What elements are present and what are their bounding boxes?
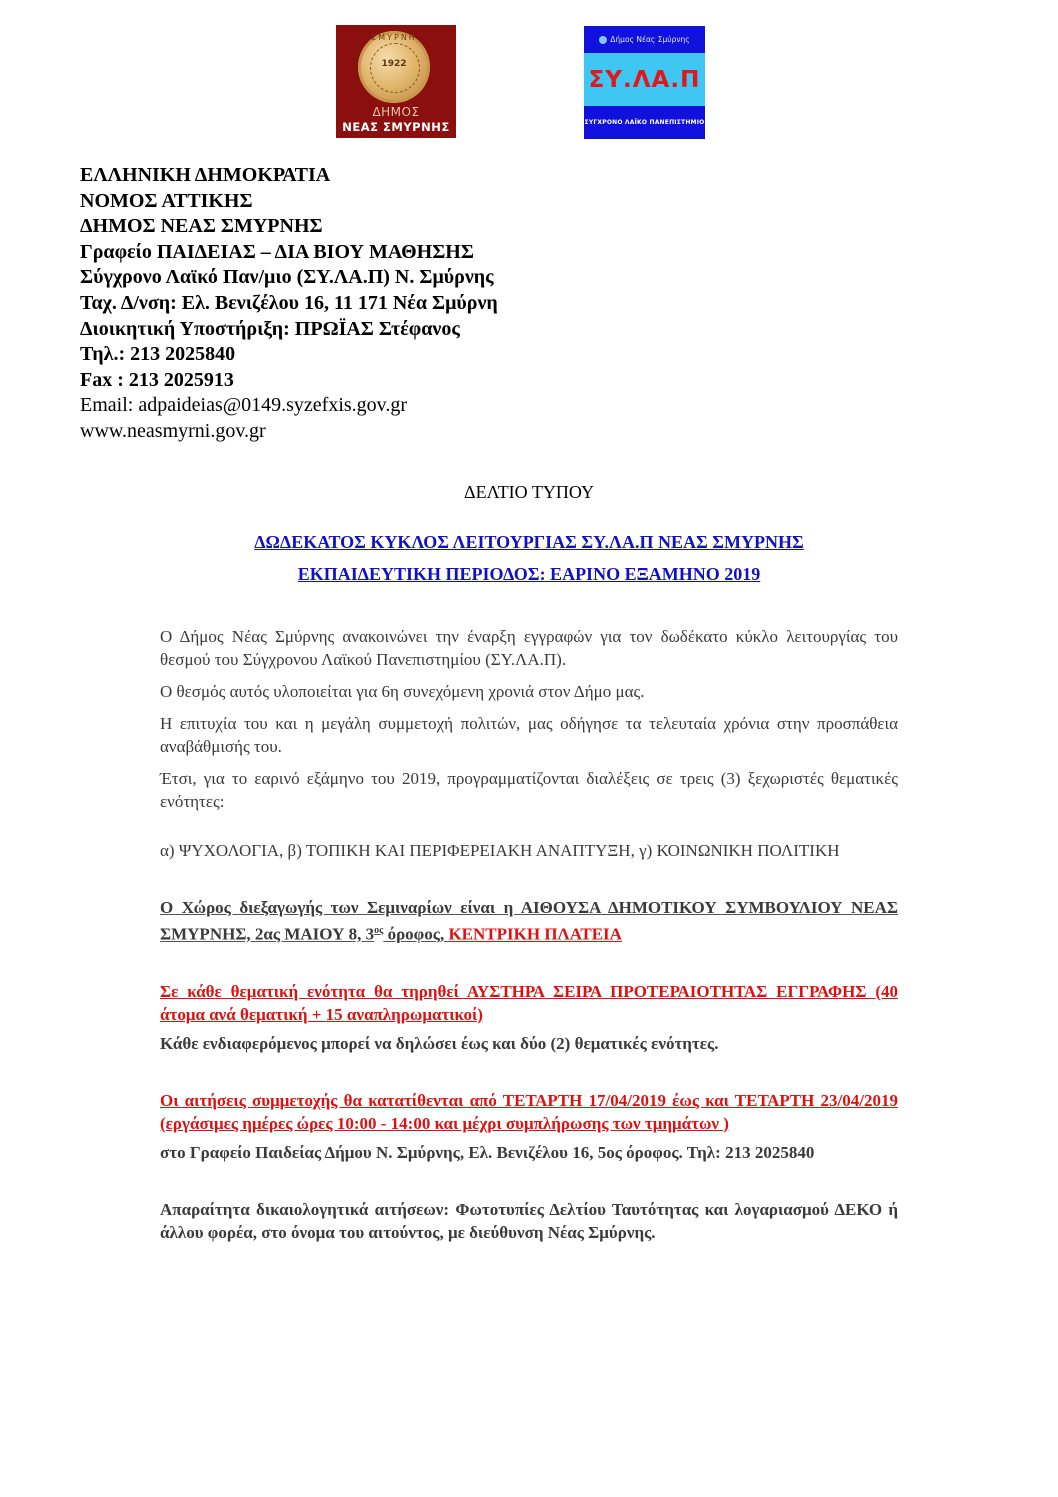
sylap-logo-main: ΣΥ.ΛΑ.Π [584, 53, 705, 106]
cycle-title-link[interactable]: ΔΩΔΕΚΑΤΟΣ ΚΥΚΛΟΣ ΛΕΙΤΟΥΡΓΙΑΣ ΣΥ.ΛΑ.Π ΝΕΑ… [0, 532, 1058, 553]
letterhead: ΕΛΛΗΝΙΚΗ ΔΗΜΟΚΡΑΤΙΑ ΝΟΜΟΣ ΑΤΤΙΚΗΣ ΔΗΜΟΣ … [80, 163, 498, 445]
sylap-logo-top: Δήμος Νέας Σμύρνης [584, 26, 705, 53]
press-release-title: ΔΕΛΤΙΟ ΤΥΠΟΥ [0, 482, 1058, 503]
paragraph-success: Η επιτυχία του και η μεγάλη συμμετοχή πο… [160, 712, 898, 758]
paragraph-sixth-year: Ο θεσμός αυτός υλοποιείται για 6η συνεχό… [160, 680, 898, 703]
city-seal-icon: ΣΜΥΡΝΗ 1922 [358, 31, 430, 103]
sylap-logo: Δήμος Νέας Σμύρνης ΣΥ.ΛΑ.Π ΣΥΓΧΡΟΝΟ ΛΑΪΚ… [584, 26, 705, 139]
letterhead-contact-person: Διοικητική Υποστήριξη: ΠΡΩΪΑΣ Στέφανος [80, 317, 498, 343]
logo-line-1: ΔΗΜΟΣ [336, 105, 456, 119]
letterhead-line: ΔΗΜΟΣ ΝΕΑΣ ΣΜΥΡΝΗΣ [80, 214, 498, 240]
letterhead-fax: Fax : 213 2025913 [80, 368, 498, 394]
venue-floor: όροφος, [383, 925, 448, 944]
paragraph-topics-list: α) ΨΥΧΟΛΟΓΙΑ, β) ΤΟΠΙΚΗ ΚΑΙ ΠΕΡΙΦΕΡΕΙΑΚΗ… [160, 839, 898, 862]
letterhead-address: Ταχ. Δ/νση: Ελ. Βενιζέλου 16, 11 171 Νέα… [80, 291, 498, 317]
venue-floor-suffix: ος [374, 925, 383, 936]
paragraph-topics-intro: Έτσι, για το εαρινό εξάμηνο του 2019, πρ… [160, 767, 898, 813]
letterhead-line: ΕΛΛΗΝΙΚΗ ΔΗΜΟΚΡΑΤΙΑ [80, 163, 498, 189]
letterhead-line: Σύγχρονο Λαϊκό Παν/μιο (ΣΥ.ΛΑ.Π) Ν. Σμύρ… [80, 265, 498, 291]
seal-text: ΣΜΥΡΝΗ [358, 33, 430, 42]
venue-highlight: ΚΕΝΤΡΙΚΗ ΠΛΑΤΕΙΑ [448, 925, 621, 944]
paragraph-venue: Ο Χώρος διεξαγωγής των Σεμιναρίων είναι … [160, 896, 898, 946]
letterhead-website[interactable]: www.neasmyrni.gov.gr [80, 419, 498, 445]
sylap-logo-municipality: Δήμος Νέας Σμύρνης [610, 35, 689, 44]
paragraph-documents: Απαραίτητα δικαιολογητικά αιτήσεων: Φωτο… [160, 1198, 898, 1244]
paragraph-announcement: Ο Δήμος Νέας Σμύρνης ανακοινώνει την ένα… [160, 625, 898, 671]
seal-year: 1922 [358, 59, 430, 69]
sylap-logo-subtitle: ΣΥΓΧΡΟΝΟ ΛΑΪΚΟ ΠΑΝΕΠΙΣΤΗΜΙΟ [584, 106, 705, 139]
paragraph-office: στο Γραφείο Παιδείας Δήμου Ν. Σμύρνης, Ε… [160, 1141, 898, 1164]
letterhead-email[interactable]: Email: adpaideias@0149.syzefxis.gov.gr [80, 393, 498, 419]
paragraph-priority: Σε κάθε θεματική ενότητα θα τηρηθεί ΑΥΣΤ… [160, 980, 898, 1026]
globe-icon [599, 36, 607, 44]
letterhead-line: ΝΟΜΟΣ ΑΤΤΙΚΗΣ [80, 189, 498, 215]
letterhead-line: Γραφείο ΠΑΙΔΕΙΑΣ – ΔΙΑ ΒΙΟΥ ΜΑΘΗΣΗΣ [80, 240, 498, 266]
semester-title-link[interactable]: ΕΚΠΑΙΔΕΥΤΙΚΗ ΠΕΡΙΟΔΟΣ: ΕΑΡΙΝΟ ΕΞΑΜΗΝΟ 20… [0, 564, 1058, 585]
letterhead-phone: Τηλ.: 213 2025840 [80, 342, 498, 368]
logo-line-2: ΝΕΑΣ ΣΜΥΡΝΗΣ [336, 120, 456, 134]
dimos-nea-smyrni-logo: ΣΜΥΡΝΗ 1922 ΔΗΜΟΣ ΝΕΑΣ ΣΜΥΡΝΗΣ [336, 25, 456, 138]
paragraph-application-dates: Οι αιτήσεις συμμετοχής θα κατατίθενται α… [160, 1089, 898, 1135]
document-body: Ο Δήμος Νέας Σμύρνης ανακοινώνει την ένα… [160, 625, 898, 1253]
paragraph-max-topics: Κάθε ενδιαφερόμενος μπορεί να δηλώσει έω… [160, 1032, 898, 1055]
